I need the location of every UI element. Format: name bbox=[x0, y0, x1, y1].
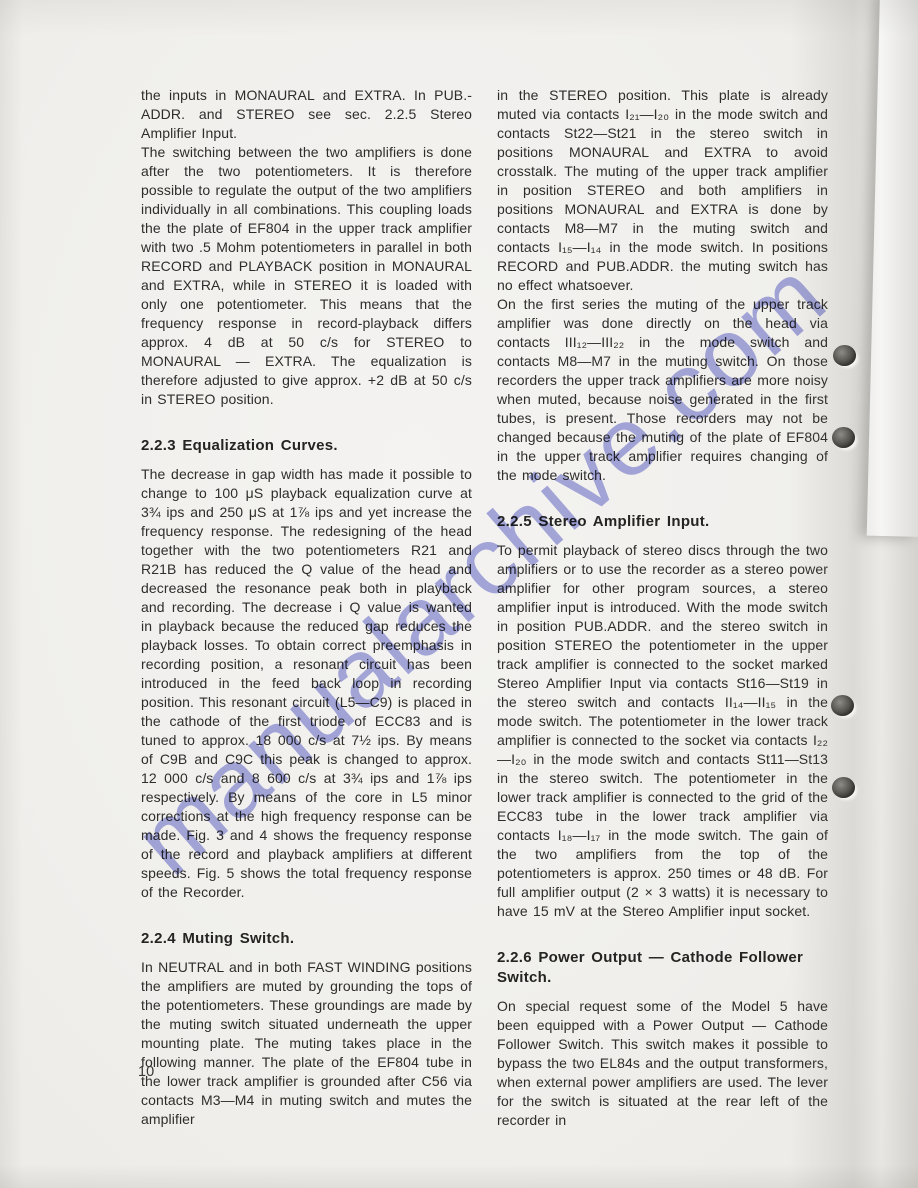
manual-page: the inputs in MONAURAL and EXTRA. In PUB… bbox=[0, 0, 918, 1188]
intro-paragraph-2: The switching between the two amplifiers… bbox=[141, 143, 472, 409]
section-paragraph-stereo-amplifier-input: To permit playback of stereo discs throu… bbox=[497, 541, 828, 921]
section-heading-muting-switch: 2.2.4 Muting Switch. bbox=[141, 929, 472, 949]
section-heading-stereo-amplifier-input: 2.2.5 Stereo Amplifier Input. bbox=[497, 512, 828, 532]
punch-hole bbox=[833, 345, 856, 366]
punch-hole bbox=[832, 777, 855, 798]
section-paragraph-equalization-curves: The decrease in gap width has made it po… bbox=[141, 465, 472, 902]
section-heading-power-output-cathode-follower: 2.2.6 Power Output — Cathode Follower Sw… bbox=[497, 948, 828, 988]
left-text-column: the inputs in MONAURAL and EXTRA. In PUB… bbox=[141, 86, 472, 1129]
intro-paragraph-1: the inputs in MONAURAL and EXTRA. In PUB… bbox=[141, 86, 472, 143]
page-number: 10 bbox=[138, 1064, 154, 1080]
right-text-column: in the STEREO position. This plate is al… bbox=[497, 86, 828, 1130]
section-paragraph-power-output-cathode-follower: On special request some of the Model 5 h… bbox=[497, 997, 828, 1130]
continuation-paragraph-2: On the first series the muting of the up… bbox=[497, 295, 828, 485]
section-heading-equalization-curves: 2.2.3 Equalization Curves. bbox=[141, 436, 472, 456]
section-paragraph-muting-switch: In NEUTRAL and in both FAST WINDING posi… bbox=[141, 958, 472, 1129]
continuation-paragraph-1: in the STEREO position. This plate is al… bbox=[497, 86, 828, 295]
scan-backing-edge bbox=[867, 0, 918, 537]
punch-hole bbox=[831, 695, 854, 716]
punch-hole bbox=[832, 427, 855, 448]
